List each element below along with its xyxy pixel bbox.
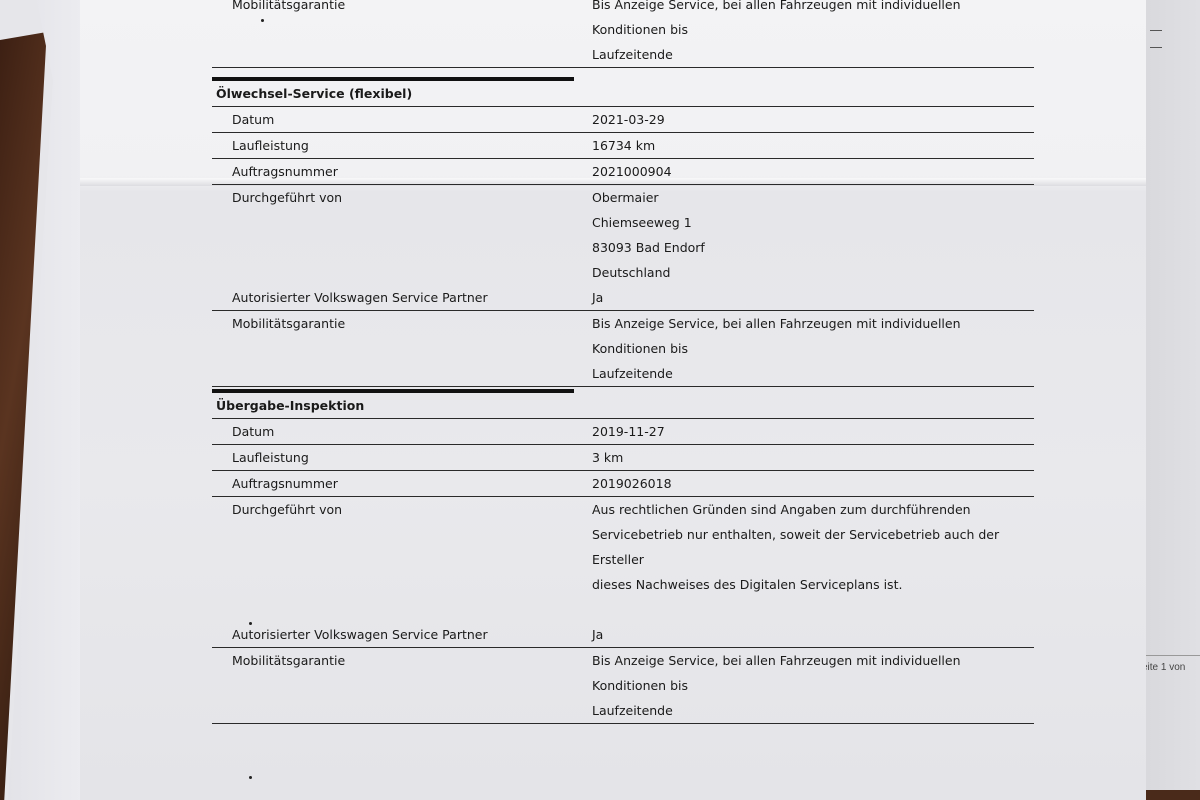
record-row-autorisierter-partner: Autorisierter Volkswagen Service Partner… <box>212 285 1034 311</box>
row-value: Bis Anzeige Service, bei allen Fahrzeuge… <box>592 648 1034 723</box>
row-label: Datum <box>212 419 592 444</box>
row-value: Obermaier Chiemseeweg 1 83093 Bad Endorf… <box>592 185 1034 285</box>
row-label: Durchgeführt von <box>212 497 592 622</box>
background-paper-right: eite 1 von <box>1140 0 1200 790</box>
row-value: Ja <box>592 285 1034 310</box>
row-value: 2021-03-29 <box>592 107 1034 132</box>
paper-speck <box>249 776 252 779</box>
row-label: Laufleistung <box>212 133 592 158</box>
row-value: 2019026018 <box>592 471 1034 496</box>
page-footer-text: eite 1 von <box>1142 662 1185 673</box>
row-label: Datum <box>212 107 592 132</box>
record-row-datum: Datum 2021-03-29 <box>212 107 1034 133</box>
record-row-laufleistung: Laufleistung 16734 km <box>212 133 1034 159</box>
row-value: 3 km <box>592 445 1034 470</box>
row-value: 2019-11-27 <box>592 419 1034 444</box>
record-row-datum: Datum 2019-11-27 <box>212 419 1034 445</box>
row-label: Auftragsnummer <box>212 159 592 184</box>
footer-divider <box>1140 655 1200 656</box>
row-label: Auftragsnummer <box>212 471 592 496</box>
paper-mark <box>1150 47 1162 48</box>
paper-mark <box>1150 30 1162 31</box>
record-row-auftragsnummer: Auftragsnummer 2021000904 <box>212 159 1034 185</box>
row-label: Laufleistung <box>212 445 592 470</box>
record-row-durchgefuehrt-von: Durchgeführt von Obermaier Chiemseeweg 1… <box>212 185 1034 285</box>
row-label: Autorisierter Volkswagen Service Partner <box>212 285 592 310</box>
section-uebergabe-inspektion: Übergabe-Inspektion Datum 2019-11-27 Lau… <box>212 359 1034 724</box>
row-label: Durchgeführt von <box>212 185 592 285</box>
paper-speck <box>261 19 264 22</box>
row-label: Mobilitätsgarantie <box>212 648 592 723</box>
record-row-durchgefuehrt-von: Durchgeführt von Aus rechtlichen Gründen… <box>212 497 1034 622</box>
row-value: 16734 km <box>592 133 1034 158</box>
section-title: Ölwechsel-Service (flexibel) <box>212 81 1034 107</box>
paper-speck <box>249 622 252 625</box>
record-row-laufleistung: Laufleistung 3 km <box>212 445 1034 471</box>
row-label: Autorisierter Volkswagen Service Partner <box>212 622 592 647</box>
record-row-mobilitaetsgarantie: Mobilitätsgarantie Bis Anzeige Service, … <box>212 648 1034 724</box>
section-oelwechsel-service: Ölwechsel-Service (flexibel) Datum 2021-… <box>212 47 1034 387</box>
row-value: Ja <box>592 622 1034 647</box>
row-value: Aus rechtlichen Gründen sind Angaben zum… <box>592 497 1034 622</box>
record-row-auftragsnummer: Auftragsnummer 2019026018 <box>212 471 1034 497</box>
service-record-page: Mobilitätsgarantie Bis Anzeige Service, … <box>80 0 1146 800</box>
row-value: 2021000904 <box>592 159 1034 184</box>
section-title: Übergabe-Inspektion <box>212 393 1034 419</box>
record-row-autorisierter-partner: Autorisierter Volkswagen Service Partner… <box>212 622 1034 648</box>
